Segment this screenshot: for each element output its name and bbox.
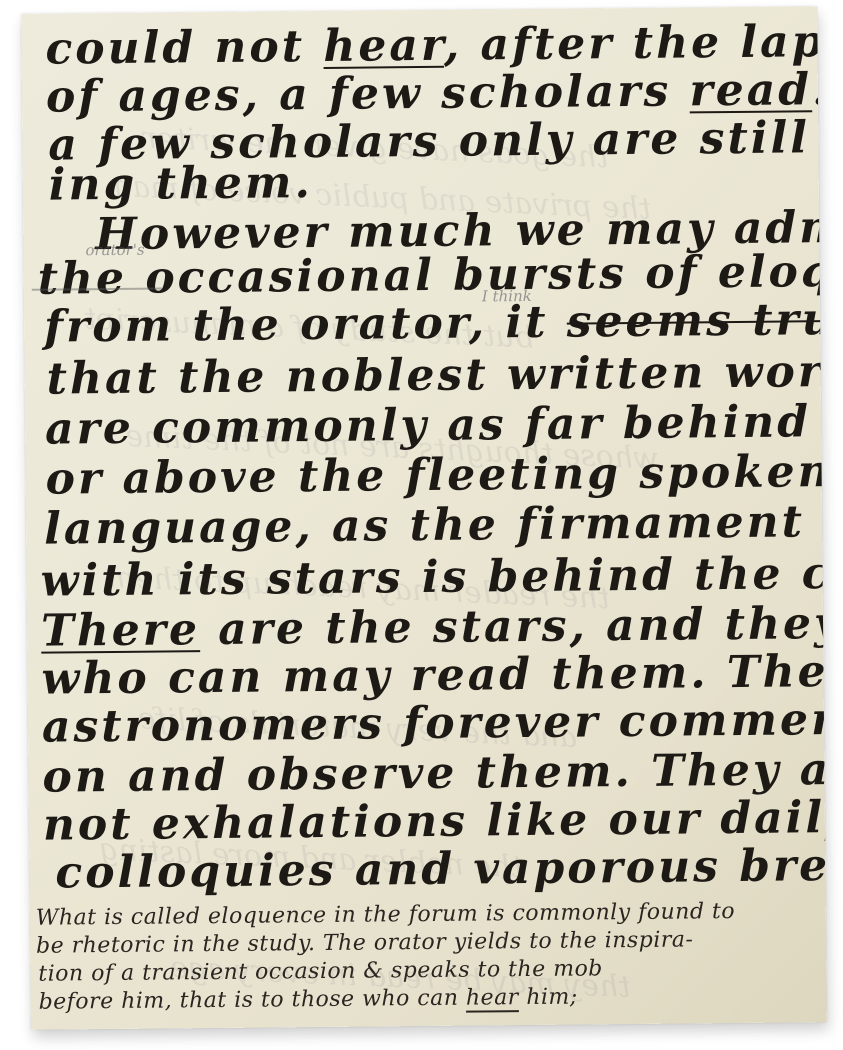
text-line-9: are commonly as far behind	[45, 396, 811, 454]
text-line-11: language, as the firmament	[44, 496, 805, 554]
insertion-line-2: be rhetoric in the study. The orator yie…	[36, 927, 694, 958]
text-line-8: that the noblest written words	[46, 346, 826, 405]
manuscript-text: could not hear, after the lapse of ages,…	[21, 6, 827, 1030]
text-line-15: astronomers forever comment	[42, 694, 827, 753]
insertion-line-4: before him, that is to those who can hea…	[39, 985, 578, 1015]
text-line-10: or above the fleeting spoken	[45, 446, 826, 505]
insertion-line-1: What is called eloquence in the forum is…	[36, 899, 735, 931]
manuscript-page: the gods have given the writer the priva…	[21, 6, 827, 1030]
text-line-7: from the orator, it seems true	[44, 294, 827, 353]
text-line-18: colloquies and vaporous breath.	[55, 839, 827, 898]
text-line-4: ing them.	[49, 157, 313, 211]
text-line-12: with its stars is behind the clouds.	[40, 546, 827, 606]
insertion-line-3: tion of a transient occasion & speaks to…	[38, 956, 603, 986]
